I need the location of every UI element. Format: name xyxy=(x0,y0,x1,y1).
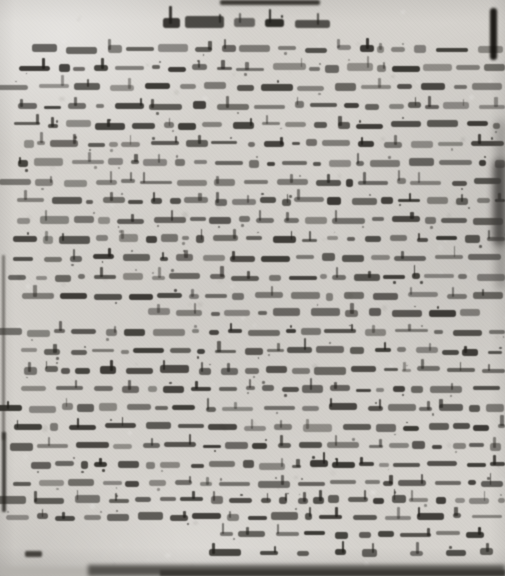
top-edge-bar xyxy=(220,0,320,5)
bottom-left-edge-strip xyxy=(0,567,95,576)
left-fold-line-lower xyxy=(2,432,6,512)
bottom-scan-band-dark xyxy=(160,570,505,576)
scanned-document-page xyxy=(0,0,505,576)
right-edge-shadow-soft xyxy=(497,120,505,290)
right-edge-ink-mark xyxy=(490,8,497,60)
left-fold-line xyxy=(2,255,5,440)
scan-artifacts xyxy=(0,0,505,576)
bottom-left-ink-mark xyxy=(25,551,42,557)
